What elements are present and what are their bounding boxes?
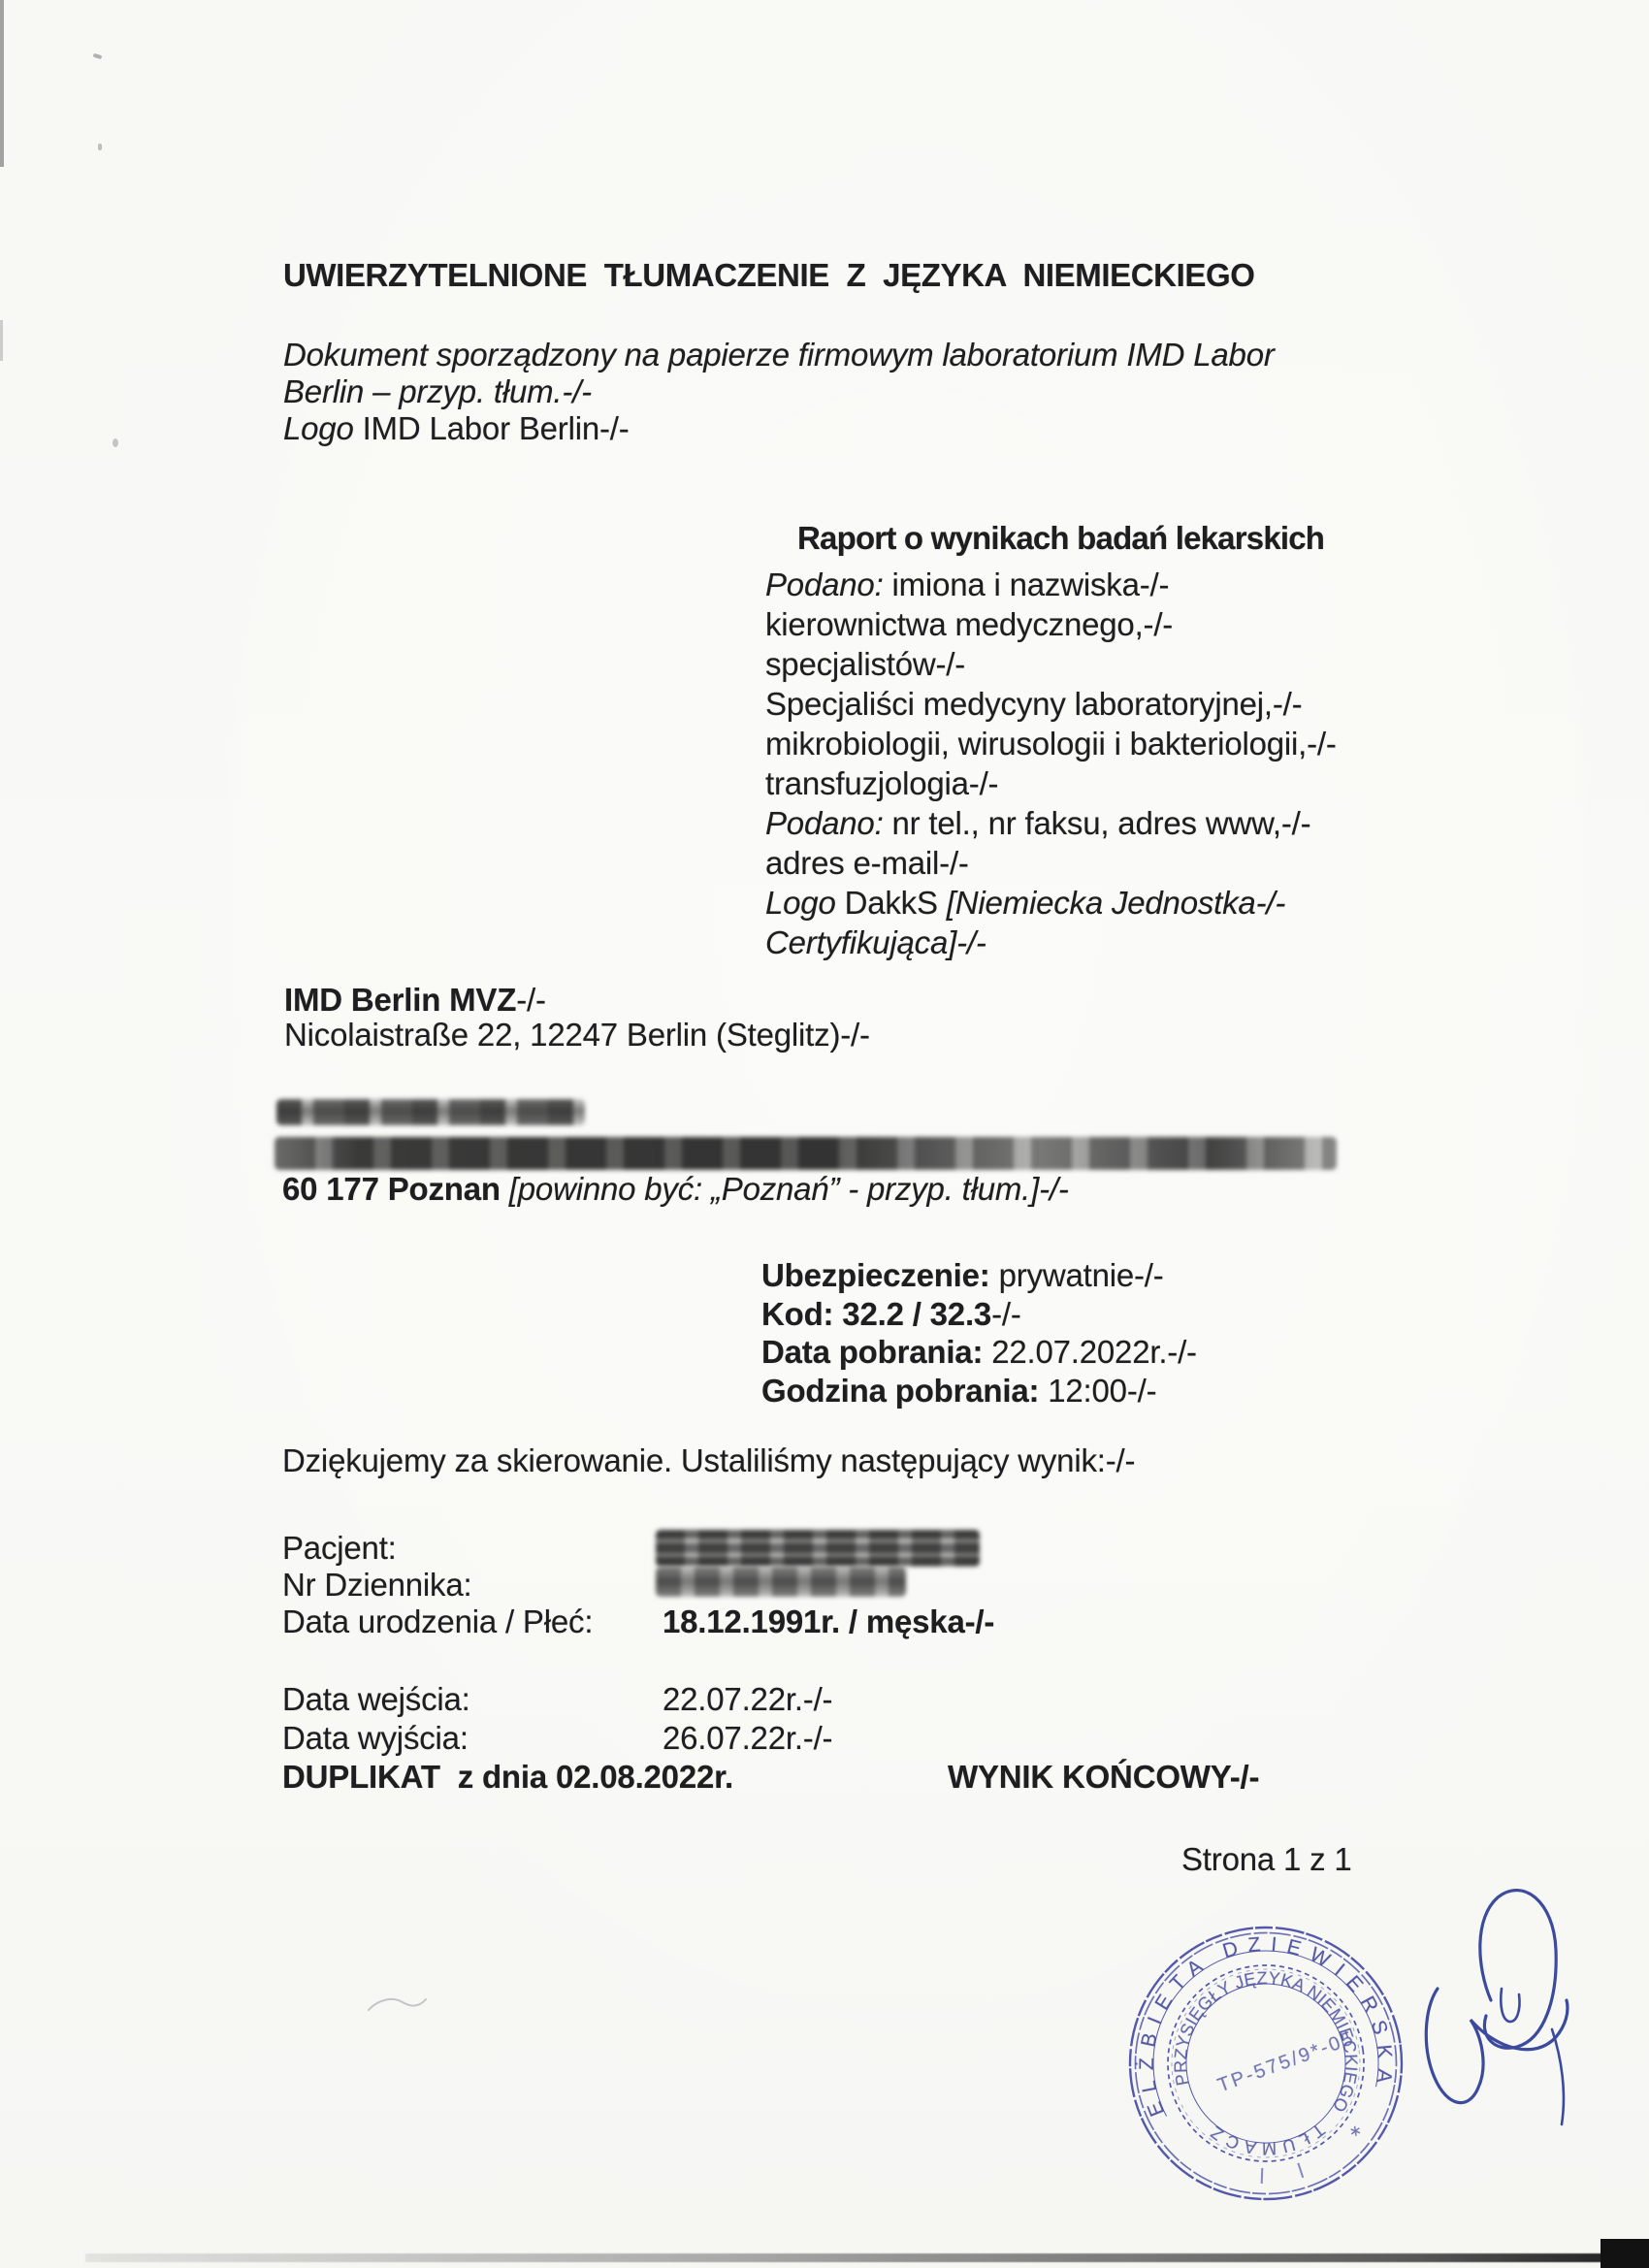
logo-note: Logo IMD Labor Berlin-/- [283,410,1275,447]
podano-line: Podano: nr tel., nr faksu, adres www,-/- [765,803,1337,843]
entry-date-value: 22.07.22r.-/- [663,1681,832,1718]
birth-label: Data urodzenia / Płeć: [282,1604,593,1640]
sample-date-row: Data pobrania: 22.07.2022r.-/- [761,1333,1197,1372]
translator-signature [1408,1874,1602,2155]
redacted-journal-number [656,1567,906,1597]
final-result-label: WYNIK KOŃCOWY-/- [948,1759,1259,1796]
entry-date-label: Data wejścia: [282,1681,470,1718]
podano-line: Logo DakkS [Niemiecka Jednostka-/- [765,883,1337,923]
report-title: Raport o wynikach badań lekarskich [797,520,1324,557]
lab-address: Nicolaistraße 22, 12247 Berlin (Steglitz… [284,1017,870,1053]
podano-line: Specjaliści medycyny laboratoryjnej,-/- [765,684,1337,724]
stamp-inner-text-bottom: TŁUMACZ [1203,2106,1331,2168]
scanned-document-page: UWIERZYTELNIONE TŁUMACZENIE Z JĘZYKA NIE… [0,0,1649,2268]
redacted-recipient-name [276,1099,585,1125]
podano-line: Certyfikująca]-/- [765,923,1337,962]
stray-pen-mark [364,1991,432,2020]
scan-artifact-left-edge [0,0,4,167]
scan-speck [93,53,103,60]
podano-line: transfuzjologia-/- [765,763,1337,803]
scan-speck [98,144,102,150]
exit-date-value: 26.07.22r.-/- [663,1720,832,1757]
insurance-row: Ubezpieczenie: prywatnie-/- [761,1256,1197,1295]
translator-note-line1: Dokument sporządzony na papierze firmowy… [283,337,1275,373]
patient-name-label: Pacjent: [282,1530,397,1567]
podano-line: specjalistów-/- [765,644,1337,684]
redacted-recipient-address [275,1137,1337,1170]
duplicate-line: DUPLIKAT z dnia 02.08.2022r. [282,1759,733,1796]
code-row: Kod: 32.2 / 32.3-/- [761,1295,1197,1334]
translator-note: Dokument sporządzony na papierze firmowy… [283,337,1275,447]
stamp-separator-glyph: ∗ [1348,2122,1363,2141]
order-block: Ubezpieczenie: prywatnie-/- Kod: 32.2 / … [761,1256,1197,1409]
journal-number-label: Nr Dziennika: [282,1567,471,1604]
podano-line: mikrobiologii, wirusologii i bakteriolog… [765,724,1337,763]
thanks-line: Dziękujemy za skierowanie. Ustaliliśmy n… [282,1442,1135,1479]
stamp-center-text: TP-575/9*-05 [1214,2027,1358,2097]
scan-artifact-corner [1600,2239,1649,2268]
lab-name: IMD Berlin MVZ-/- [284,982,546,1019]
exit-date-label: Data wyjścia: [282,1720,469,1757]
redacted-patient-name [656,1530,980,1567]
scan-speck [113,438,118,447]
birth-value: 18.12.1991r. / męska-/- [663,1604,994,1640]
translator-stamp: ELŻBIETA DZIEWIERSKA PRZYSIĘGŁY JĘZYKA N… [1117,1925,1414,2212]
stamp-bottom-tick [1260,2168,1265,2184]
podano-line: kierownictwa medycznego,-/- [765,604,1337,644]
podano-block: Podano: imiona i nazwiska-/- kierownictw… [765,565,1337,962]
page-indicator: Strona 1 z 1 [1181,1841,1352,1878]
stamp-bottom-tick [1298,2162,1303,2178]
podano-line: Podano: imiona i nazwiska-/- [765,565,1337,604]
page-title: UWIERZYTELNIONE TŁUMACZENIE Z JĘZYKA NIE… [283,257,1255,294]
translator-note-line2: Berlin – przyp. tłum.-/- [283,373,1275,410]
sample-time-row: Godzina pobrania: 12:00-/- [761,1372,1197,1410]
podano-line: adres e-mail-/- [765,843,1337,883]
recipient-city-line: 60 177 Poznan [powinno być: „Poznań” - p… [282,1171,1069,1208]
scan-artifact-left-edge-2 [0,320,3,361]
scan-artifact-bottom-strip [85,2253,1647,2262]
